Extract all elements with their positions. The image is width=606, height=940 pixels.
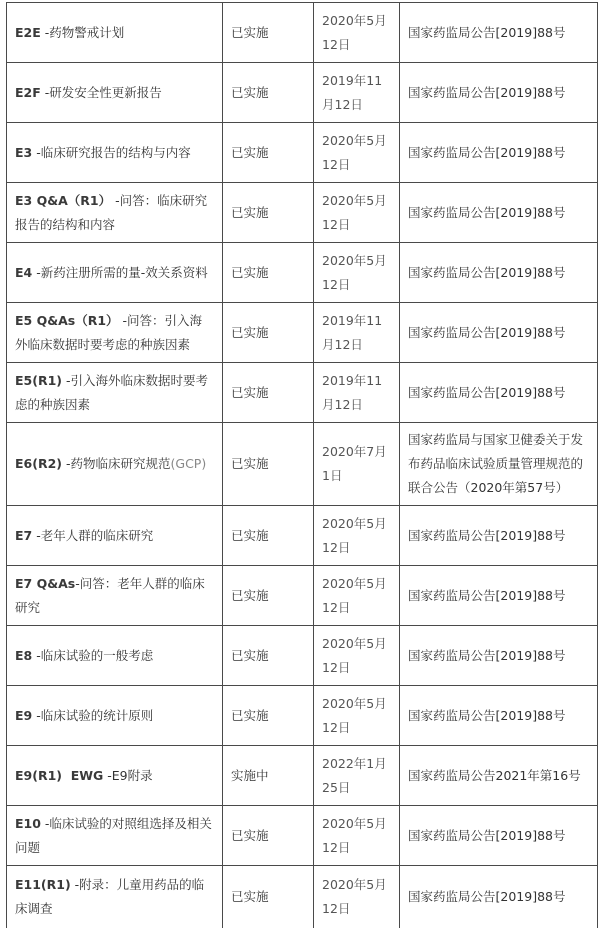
guideline-code: E3 Q&A（R1） <box>15 193 111 208</box>
table-row: E8 -临床试验的一般考虑 已实施 2020年5月12日 国家药监局公告[201… <box>7 626 598 686</box>
guideline-name-cell: E2E -药物警戒计划 <box>7 3 223 63</box>
notice-cell: 国家药监局公告[2019]88号 <box>400 506 598 566</box>
status-cell: 已实施 <box>223 866 314 929</box>
table-row: E11(R1) -附录：儿童用药品的临床调查 已实施 2020年5月12日 国家… <box>7 866 598 929</box>
notice-cell: 国家药监局公告[2019]88号 <box>400 566 598 626</box>
guideline-code: E2E <box>15 25 41 40</box>
status-cell: 已实施 <box>223 303 314 363</box>
date-cell: 2020年5月12日 <box>314 123 400 183</box>
notice-cell: 国家药监局公告[2019]88号 <box>400 303 598 363</box>
guideline-code: E4 <box>15 265 32 280</box>
guideline-code: E3 <box>15 145 32 160</box>
guideline-name-cell: E10 -临床试验的对照组选择及相关问题 <box>7 806 223 866</box>
guideline-title: -临床试验的一般考虑 <box>36 648 153 663</box>
guideline-name-cell: E4 -新药注册所需的量-效关系资料 <box>7 243 223 303</box>
guideline-code: E10 <box>15 816 41 831</box>
date-cell: 2020年7月1日 <box>314 423 400 506</box>
guideline-name-cell: E7 Q&As-问答：老年人群的临床研究 <box>7 566 223 626</box>
ich-guideline-table: E2E -药物警戒计划 已实施 2020年5月12日 国家药监局公告[2019]… <box>6 2 598 928</box>
table-row: E7 -老年人群的临床研究 已实施 2020年5月12日 国家药监局公告[201… <box>7 506 598 566</box>
notice-cell: 国家药监局公告[2019]88号 <box>400 123 598 183</box>
guideline-name-cell: E5(R1) -引入海外临床数据时要考虑的种族因素 <box>7 363 223 423</box>
date-cell: 2020年5月12日 <box>314 866 400 929</box>
notice-cell: 国家药监局与国家卫健委关于发布药品临床试验质量管理规范的联合公告（2020年第5… <box>400 423 598 506</box>
guideline-code: E8 <box>15 648 32 663</box>
guideline-code: E6(R2) <box>15 456 62 471</box>
notice-cell: 国家药监局公告[2019]88号 <box>400 183 598 243</box>
status-cell: 已实施 <box>223 506 314 566</box>
table-row: E5(R1) -引入海外临床数据时要考虑的种族因素 已实施 2019年11月12… <box>7 363 598 423</box>
table-row: E3 -临床研究报告的结构与内容 已实施 2020年5月12日 国家药监局公告[… <box>7 123 598 183</box>
status-cell: 已实施 <box>223 566 314 626</box>
notice-cell: 国家药监局公告2021年第16号 <box>400 746 598 806</box>
guideline-code: E9(R1) EWG <box>15 768 103 783</box>
guideline-name-cell: E8 -临床试验的一般考虑 <box>7 626 223 686</box>
guideline-name-cell: E6(R2) -药物临床研究规范(GCP) <box>7 423 223 506</box>
table-row: E5 Q&As（R1） -问答：引入海外临床数据时要考虑的种族因素 已实施 20… <box>7 303 598 363</box>
date-cell: 2020年5月12日 <box>314 806 400 866</box>
date-cell: 2019年11月12日 <box>314 63 400 123</box>
date-cell: 2020年5月12日 <box>314 183 400 243</box>
notice-cell: 国家药监局公告[2019]88号 <box>400 686 598 746</box>
date-cell: 2020年5月12日 <box>314 506 400 566</box>
guideline-title: -临床研究报告的结构与内容 <box>36 145 191 160</box>
table-row: E10 -临床试验的对照组选择及相关问题 已实施 2020年5月12日 国家药监… <box>7 806 598 866</box>
guideline-name-cell: E3 Q&A（R1） -问答：临床研究报告的结构和内容 <box>7 183 223 243</box>
notice-cell: 国家药监局公告[2019]88号 <box>400 243 598 303</box>
guideline-code: E11(R1) <box>15 877 71 892</box>
status-cell: 已实施 <box>223 363 314 423</box>
guideline-code: E2F <box>15 85 41 100</box>
notice-cell: 国家药监局公告[2019]88号 <box>400 806 598 866</box>
table-row: E3 Q&A（R1） -问答：临床研究报告的结构和内容 已实施 2020年5月1… <box>7 183 598 243</box>
guideline-code: E9 <box>15 708 32 723</box>
status-cell: 已实施 <box>223 806 314 866</box>
guideline-name-cell: E11(R1) -附录：儿童用药品的临床调查 <box>7 866 223 929</box>
guideline-name-cell: E9(R1) EWG -E9附录 <box>7 746 223 806</box>
notice-cell: 国家药监局公告[2019]88号 <box>400 626 598 686</box>
guideline-name-cell: E2F -研发安全性更新报告 <box>7 63 223 123</box>
table-row: E6(R2) -药物临床研究规范(GCP) 已实施 2020年7月1日 国家药监… <box>7 423 598 506</box>
guideline-code: E5(R1) <box>15 373 62 388</box>
status-cell: 已实施 <box>223 423 314 506</box>
notice-cell: 国家药监局公告[2019]88号 <box>400 3 598 63</box>
table-row: E9 -临床试验的统计原则 已实施 2020年5月12日 国家药监局公告[201… <box>7 686 598 746</box>
status-cell: 已实施 <box>223 183 314 243</box>
notice-cell: 国家药监局公告[2019]88号 <box>400 63 598 123</box>
guideline-code: E7 <box>15 528 32 543</box>
notice-cell: 国家药监局公告[2019]88号 <box>400 866 598 929</box>
table-row: E2F -研发安全性更新报告 已实施 2019年11月12日 国家药监局公告[2… <box>7 63 598 123</box>
guideline-title: -E9附录 <box>107 768 152 783</box>
guideline-title: -药物警戒计划 <box>45 25 125 40</box>
status-cell: 已实施 <box>223 626 314 686</box>
status-cell: 已实施 <box>223 3 314 63</box>
table-row: E9(R1) EWG -E9附录 实施中 2022年1月25日 国家药监局公告2… <box>7 746 598 806</box>
guideline-code: E5 Q&As（R1） <box>15 313 119 328</box>
date-cell: 2020年5月12日 <box>314 243 400 303</box>
date-cell: 2020年5月12日 <box>314 686 400 746</box>
status-cell: 已实施 <box>223 123 314 183</box>
guideline-title: -新药注册所需的量-效关系资料 <box>36 265 208 280</box>
table-row: E4 -新药注册所需的量-效关系资料 已实施 2020年5月12日 国家药监局公… <box>7 243 598 303</box>
date-cell: 2019年11月12日 <box>314 363 400 423</box>
date-cell: 2019年11月12日 <box>314 303 400 363</box>
guideline-title-suffix: (GCP) <box>171 456 207 471</box>
guideline-table-container: E2E -药物警戒计划 已实施 2020年5月12日 国家药监局公告[2019]… <box>6 2 598 928</box>
guideline-title: -药物临床研究规范 <box>66 456 171 471</box>
date-cell: 2022年1月25日 <box>314 746 400 806</box>
status-cell: 实施中 <box>223 746 314 806</box>
date-cell: 2020年5月12日 <box>314 626 400 686</box>
status-cell: 已实施 <box>223 243 314 303</box>
notice-cell: 国家药监局公告[2019]88号 <box>400 363 598 423</box>
guideline-name-cell: E7 -老年人群的临床研究 <box>7 506 223 566</box>
guideline-code: E7 Q&As <box>15 576 75 591</box>
table-row: E7 Q&As-问答：老年人群的临床研究 已实施 2020年5月12日 国家药监… <box>7 566 598 626</box>
date-cell: 2020年5月12日 <box>314 566 400 626</box>
status-cell: 已实施 <box>223 686 314 746</box>
guideline-title: -临床试验的对照组选择及相关问题 <box>15 816 212 855</box>
status-cell: 已实施 <box>223 63 314 123</box>
guideline-title: -研发安全性更新报告 <box>45 85 162 100</box>
guideline-name-cell: E3 -临床研究报告的结构与内容 <box>7 123 223 183</box>
date-cell: 2020年5月12日 <box>314 3 400 63</box>
guideline-title: -临床试验的统计原则 <box>36 708 153 723</box>
table-row: E2E -药物警戒计划 已实施 2020年5月12日 国家药监局公告[2019]… <box>7 3 598 63</box>
guideline-title: -老年人群的临床研究 <box>36 528 153 543</box>
guideline-name-cell: E9 -临床试验的统计原则 <box>7 686 223 746</box>
guideline-name-cell: E5 Q&As（R1） -问答：引入海外临床数据时要考虑的种族因素 <box>7 303 223 363</box>
